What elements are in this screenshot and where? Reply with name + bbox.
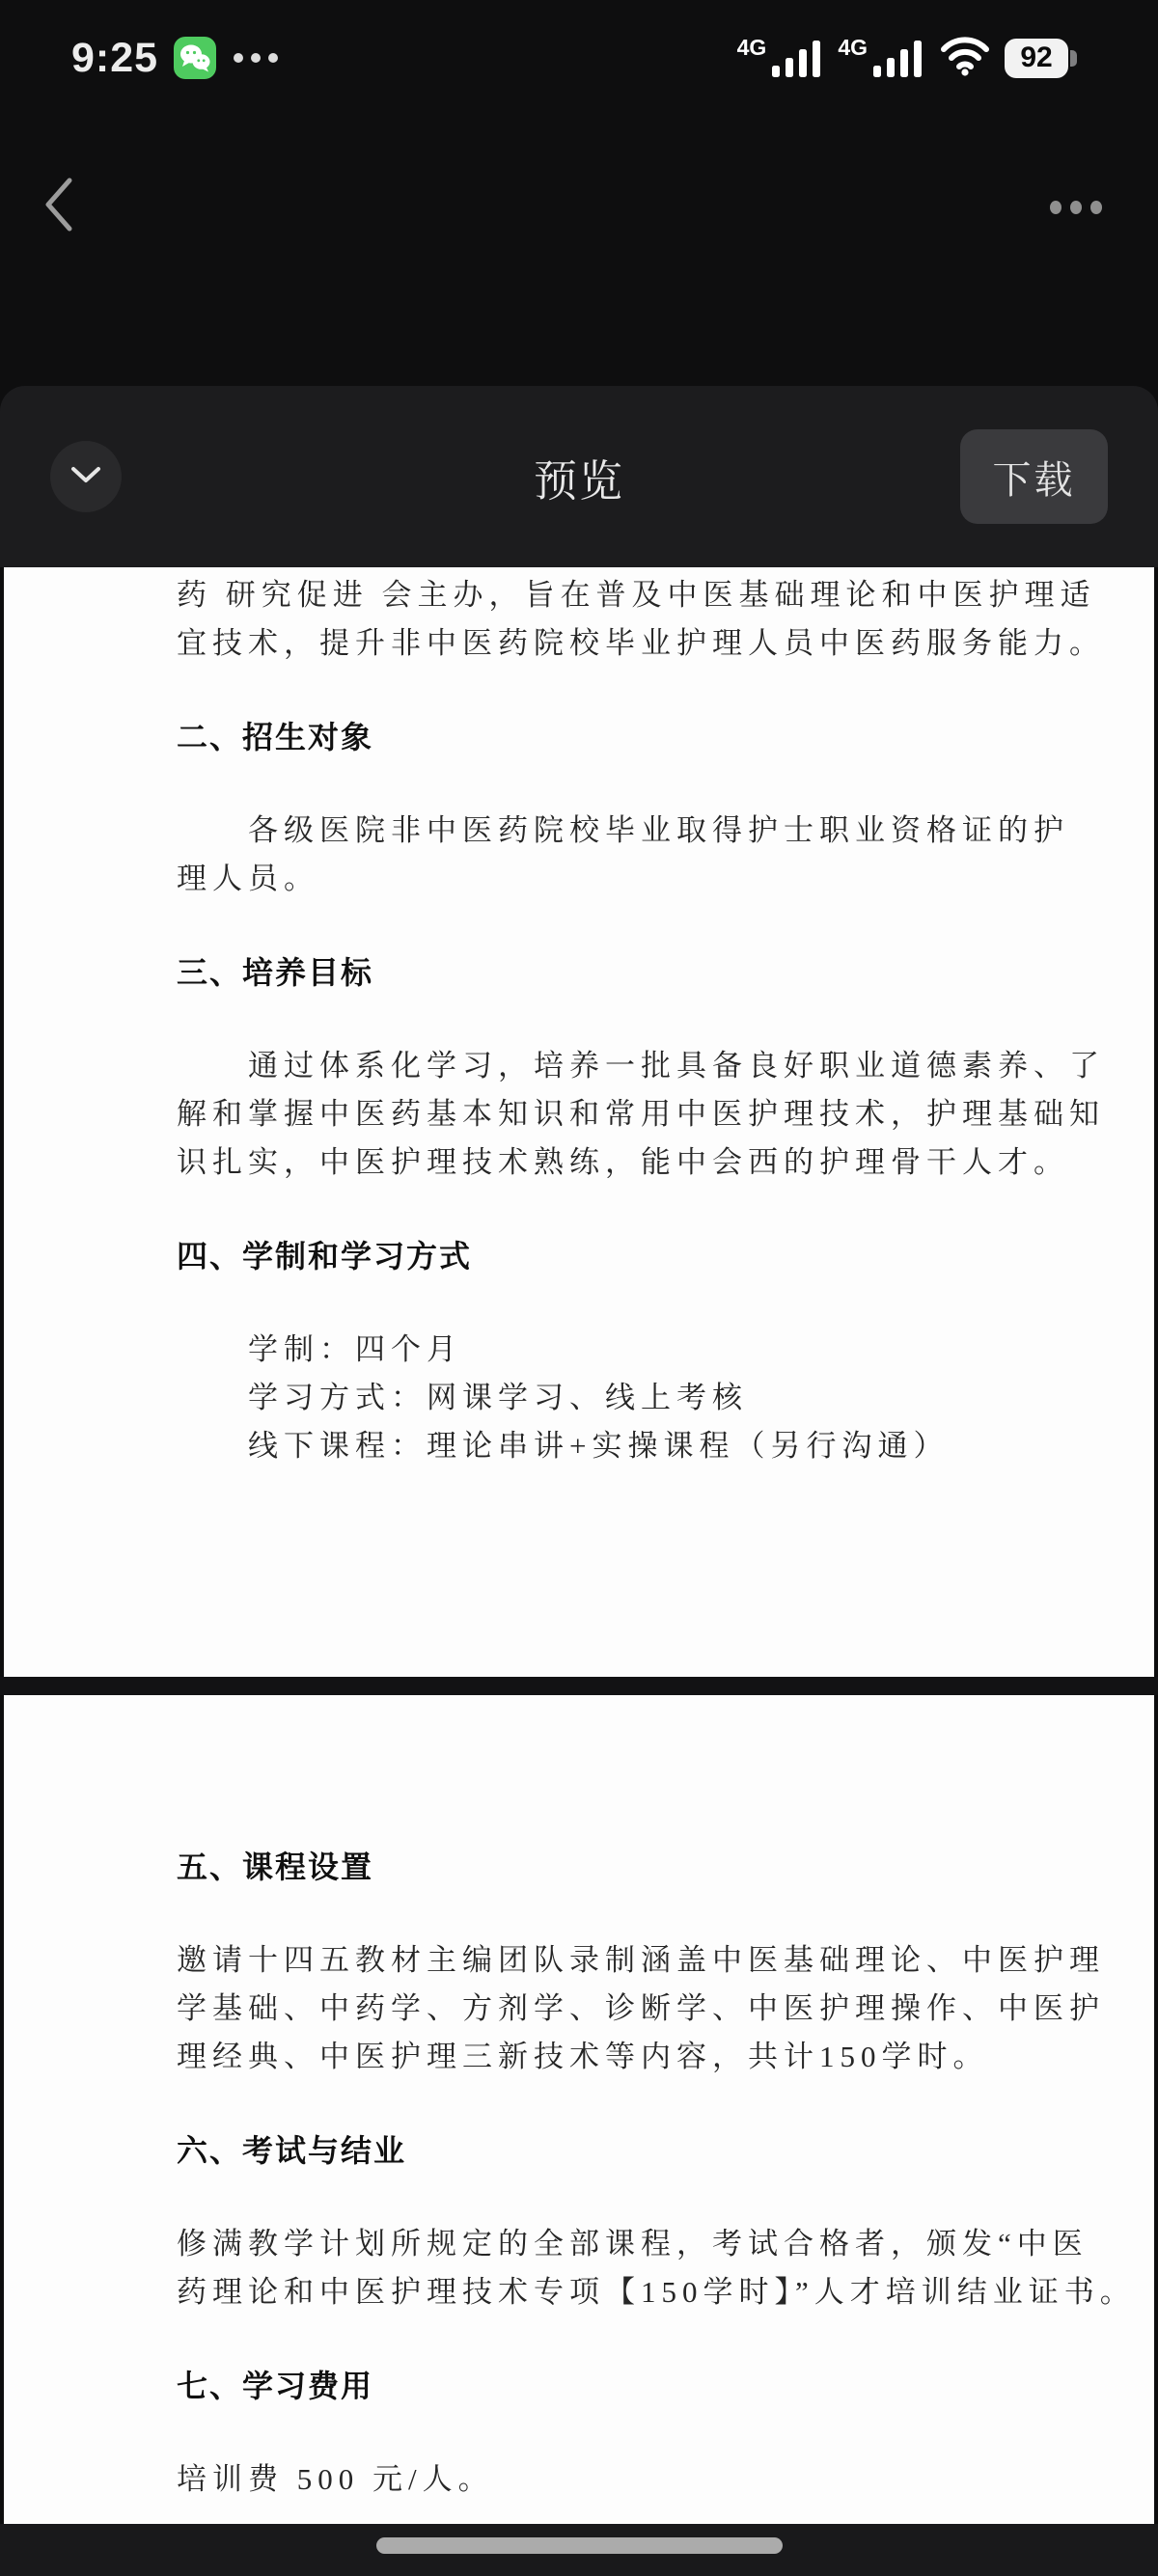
status-more-dots-icon xyxy=(234,53,278,63)
document-page: 五、课程设置邀请十四五教材主编团队录制涵盖中医基础理论、中医护理学基础、中药学、… xyxy=(4,1695,1154,2524)
doc-text-line: 理经典、中医护理三新技术等内容，共计150学时。 xyxy=(177,2033,1112,2081)
status-bar: 9:25 4G xyxy=(0,0,1158,108)
back-button[interactable] xyxy=(42,178,75,232)
wifi-icon xyxy=(939,36,991,81)
doc-text-line: 学习方式：网课学习、线上考核 xyxy=(177,1374,1112,1422)
doc-section-heading: 六、考试与结业 xyxy=(177,2126,1112,2175)
battery-percent: 92 xyxy=(1020,41,1052,74)
doc-section-heading: 二、招生对象 xyxy=(177,713,1112,761)
wechat-icon xyxy=(174,37,216,79)
collapse-button[interactable] xyxy=(50,441,122,512)
network-type-label: 4G xyxy=(838,37,868,59)
doc-text-line: 解和掌握中医药基本知识和常用中医护理技术，护理基础知 xyxy=(177,1090,1112,1138)
battery-icon: 92 xyxy=(1005,39,1077,78)
back-chevron-icon xyxy=(42,219,75,235)
download-button-label: 下载 xyxy=(993,450,1076,505)
more-menu-button[interactable] xyxy=(1050,201,1102,214)
doc-section-heading: 七、学习费用 xyxy=(177,2362,1112,2410)
doc-text-line: 学制：四个月 xyxy=(177,1326,1112,1374)
document-viewer[interactable]: 药 研究促进 会主办，旨在普及中医基础理论和中医护理适宜技术，提升非中医药院校毕… xyxy=(0,567,1158,2576)
doc-text-line: 药 研究促进 会主办，旨在普及中医基础理论和中医护理适 xyxy=(177,571,1112,619)
doc-text-line: 邀请十四五教材主编团队录制涵盖中医基础理论、中医护理 xyxy=(177,1936,1112,1985)
doc-text-line: 理人员。 xyxy=(177,855,1112,903)
doc-text-line: 识扎实，中医护理技术熟练，能中会西的护理骨干人才。 xyxy=(177,1138,1112,1187)
cellular-signal-icon: 4G xyxy=(737,37,825,79)
more-ellipsis-icon xyxy=(1050,201,1061,214)
doc-text-line: 修满教学计划所规定的全部课程，考试合格者，颁发“中医 xyxy=(177,2220,1112,2268)
clock-time: 9:25 xyxy=(71,35,158,82)
network-type-label: 4G xyxy=(737,37,767,59)
doc-text-line: 培训费 500 元/人。 xyxy=(177,2455,1112,2504)
doc-text-line: 线下课程：理论串讲+实操课程（另行沟通） xyxy=(177,1422,1112,1470)
battery-nub xyxy=(1070,50,1077,67)
doc-text-line: 通过体系化学习，培养一批具备良好职业道德素养、了 xyxy=(177,1042,1112,1090)
doc-text-line: 宜技术，提升非中医药院校毕业护理人员中医药服务能力。 xyxy=(177,619,1112,668)
doc-text-line: 药理论和中医护理技术专项【150学时】”人才培训结业证书。 xyxy=(177,2268,1112,2316)
page-separator xyxy=(0,1677,1158,1695)
doc-text-line: 各级医院非中医药院校毕业取得护士职业资格证的护 xyxy=(177,807,1112,855)
bottom-bar xyxy=(0,2524,1158,2576)
nav-bar xyxy=(0,108,1158,243)
document-page: 药 研究促进 会主办，旨在普及中医基础理论和中医护理适宜技术，提升非中医药院校毕… xyxy=(4,567,1154,1677)
doc-section-heading: 三、培养目标 xyxy=(177,948,1112,997)
cellular-signal-icon: 4G xyxy=(838,37,925,79)
doc-section-heading: 四、学制和学习方式 xyxy=(177,1232,1112,1280)
doc-text-line: 学基础、中药学、方剂学、诊断学、中医护理操作、中医护 xyxy=(177,1985,1112,2033)
download-button[interactable]: 下载 xyxy=(960,429,1108,524)
chevron-down-icon xyxy=(70,466,101,488)
home-indicator[interactable] xyxy=(376,2537,783,2554)
preview-sheet-header: 预览 下载 xyxy=(0,386,1158,567)
doc-section-heading: 五、课程设置 xyxy=(177,1843,1112,1891)
